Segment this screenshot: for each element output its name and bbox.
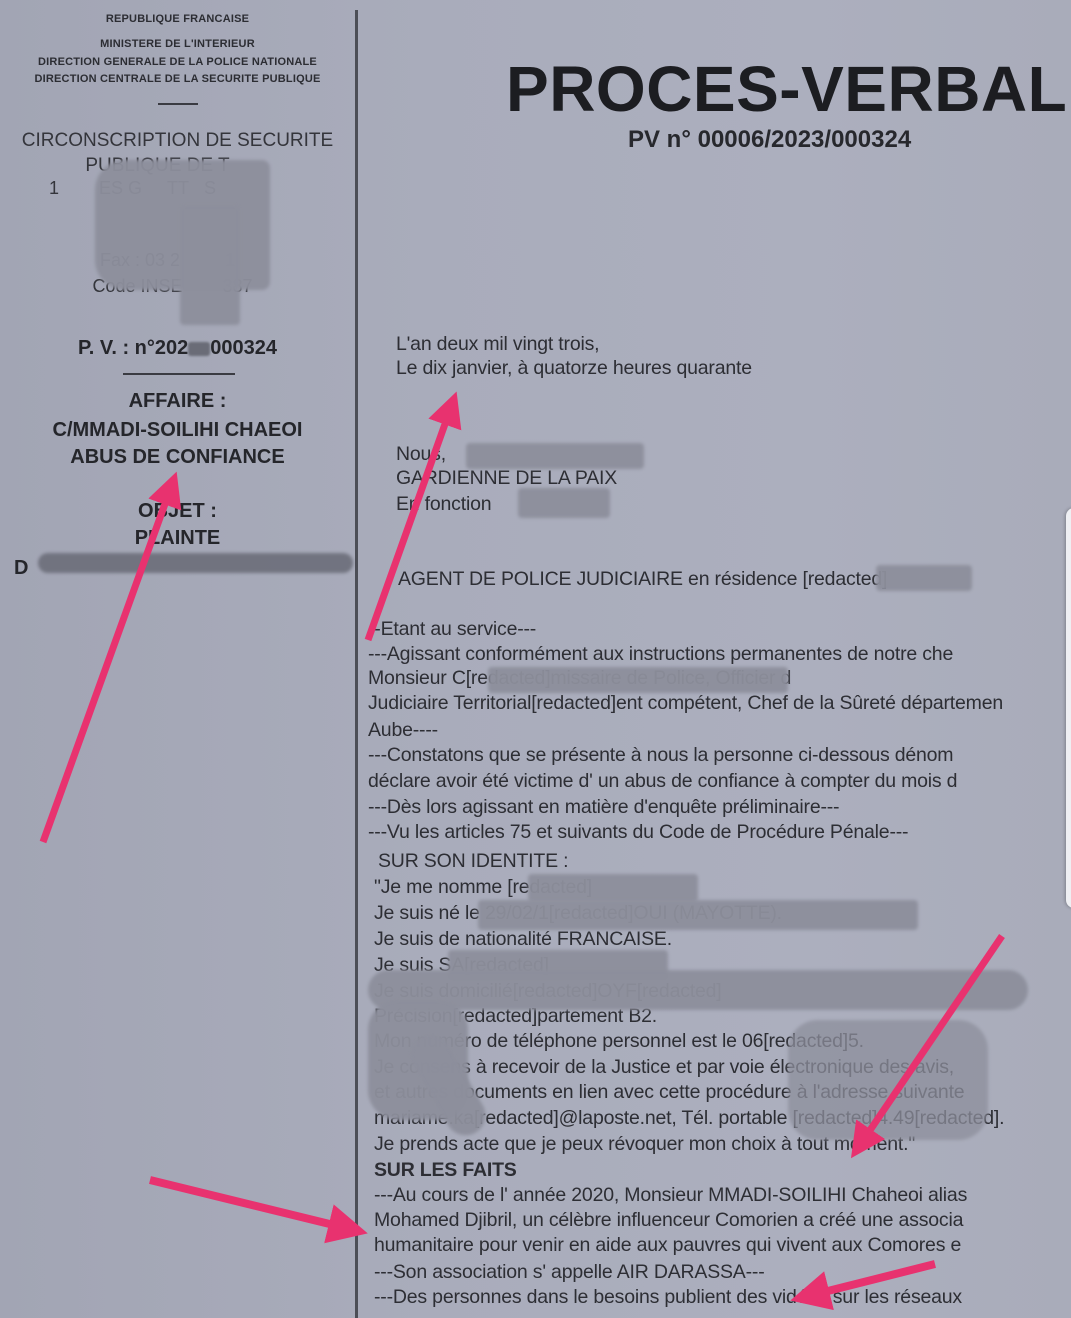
affaire-label: AFFAIRE : <box>0 390 355 413</box>
proces-verbal-document: REPUBLIQUE FRANCAISE MINISTERE DE L'INTE… <box>0 0 1071 1318</box>
objet-value: PLAINTE <box>0 527 355 550</box>
affaire-line: ABUS DE CONFIANCE <box>0 446 355 469</box>
header-line: DIRECTION GENERALE DE LA POLICE NATIONAL… <box>0 56 355 68</box>
redaction-blur <box>466 443 644 469</box>
pv-reference: P. V. : n°202000324 <box>0 337 355 360</box>
objet-detail: D <box>14 557 28 580</box>
date-line: Le dix janvier, à quatorze heures quaran… <box>396 357 752 380</box>
redaction-blur <box>368 970 1028 1010</box>
preamble-line: déclare avoir été victime d' un abus de … <box>368 770 957 793</box>
arrow-icon <box>150 1180 346 1228</box>
facts-line: humanitaire pour venir en aide aux pauvr… <box>374 1234 961 1257</box>
divider-rule <box>123 373 235 375</box>
facts-line: ---Des personnes dans le besoins publien… <box>374 1286 962 1309</box>
identity-heading: SUR SON IDENTITE : <box>378 850 568 873</box>
officer-line: Nous, <box>396 443 446 466</box>
circonscription-line: CIRCONSCRIPTION DE SECURITE <box>0 130 355 152</box>
redaction-blur <box>488 667 788 693</box>
preamble-line: Aube---- <box>368 719 438 742</box>
identity-line: Je suis de nationalité FRANCAISE. <box>374 928 672 951</box>
divider-rule <box>158 103 198 105</box>
redaction-blur <box>180 205 240 325</box>
facts-line: Mohamed Djibril, un célèbre influenceur … <box>374 1209 963 1232</box>
document-title: PROCES-VERBAL <box>506 52 1067 126</box>
officer-line: GARDIENNE DE LA PAIX <box>396 467 617 490</box>
column-divider <box>355 10 358 1318</box>
preamble-line: ---Dès lors agissant en matière d'enquêt… <box>368 796 839 819</box>
redaction-blur <box>478 900 918 930</box>
header-line: MINISTERE DE L'INTERIEUR <box>0 38 355 50</box>
preamble-line: --Etant au service--- <box>368 618 536 641</box>
officer-line: En fonction <box>396 493 491 516</box>
facts-heading: SUR LES FAITS <box>374 1159 517 1182</box>
edge-panel-handle[interactable] <box>1066 508 1071 908</box>
header-line: REPUBLIQUE FRANCAISE <box>0 13 355 25</box>
facts-line: ---Son association s' appelle AIR DARASS… <box>374 1261 765 1284</box>
facts-line: ---Au cours de l' année 2020, Monsieur M… <box>374 1184 967 1207</box>
objet-label: OBJET : <box>0 500 355 523</box>
header-line: DIRECTION CENTRALE DE LA SECURITE PUBLIQ… <box>0 73 355 85</box>
redaction-blur <box>38 553 353 573</box>
preamble-line: ---Constatons que se présente à nous la … <box>368 744 953 767</box>
preamble-line: ---Agissant conformément aux instruction… <box>368 643 953 666</box>
redaction-blur <box>518 488 610 518</box>
pv-number: PV n° 00006/2023/000324 <box>628 126 911 154</box>
redaction-blur <box>788 1020 988 1140</box>
preamble-line: ---Vu les articles 75 et suivants du Cod… <box>368 821 908 844</box>
agent-line: AGENT DE POLICE JUDICIAIRE en résidence … <box>398 568 887 591</box>
preamble-line: Judiciaire Territorial[redacted]ent comp… <box>368 692 1003 715</box>
redaction-blur <box>528 874 698 902</box>
redaction-blur <box>876 565 972 591</box>
date-line: L'an deux mil vingt trois, <box>396 333 599 356</box>
affaire-line: C/MMADI-SOILIHI CHAEOI <box>0 419 355 442</box>
